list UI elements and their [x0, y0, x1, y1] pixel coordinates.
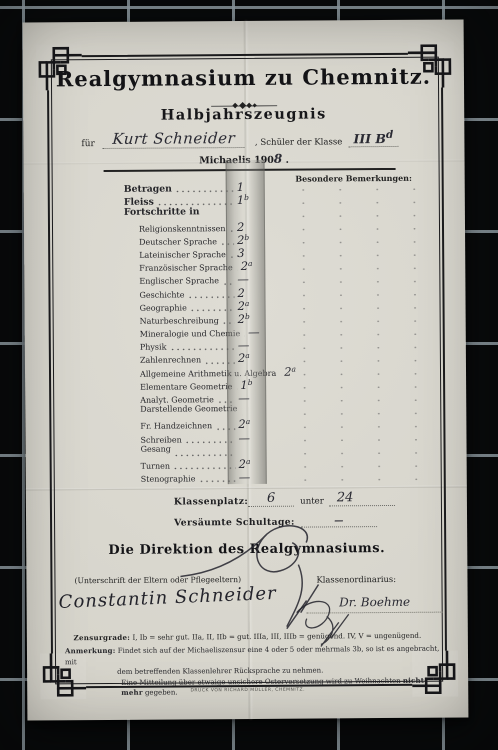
- fuer-label: für: [81, 139, 95, 149]
- subject-label: Darstellende Geometrie: [125, 404, 237, 414]
- school-title: Realgymnasium zu Chemnitz.: [23, 63, 464, 91]
- remarks-dot-grid: [279, 187, 433, 482]
- class-sup: d: [386, 129, 393, 141]
- grade-row: Betragen1: [124, 180, 267, 194]
- subject-label: Elementare Geometrie: [125, 382, 232, 392]
- grade-value: —: [237, 272, 267, 286]
- subject-label: Turnen: [126, 461, 170, 470]
- grade-value: 1: [237, 180, 267, 194]
- grade-value: 3: [237, 246, 267, 260]
- grade-row: Physik—: [125, 338, 268, 352]
- dot-leader: [174, 449, 236, 456]
- grade-value: —: [248, 325, 278, 339]
- subject-label: Gesang: [126, 444, 171, 453]
- grade-row: Religionskenntnissen2: [124, 219, 267, 233]
- grade-value: 2a: [238, 351, 268, 365]
- grade-value: —: [238, 430, 268, 444]
- subject-label: Zahlenrechnen: [125, 356, 201, 366]
- subject-label: Analyt. Geometrie: [125, 395, 214, 405]
- grade-row: Schreiben—: [125, 430, 268, 444]
- grade-value: 2b: [238, 312, 268, 326]
- klassenplatz-total-field: 24: [329, 490, 395, 506]
- grade-value: 2: [237, 219, 267, 233]
- term-suffix: .: [282, 155, 289, 166]
- grade-row: Stenographie—: [126, 470, 269, 484]
- subject-label: Betragen: [124, 184, 172, 195]
- subject-label: Fortschritte in: [124, 207, 200, 219]
- student-name: Kurt Schneider: [112, 129, 236, 148]
- grade-row: Fr. Handzeichnen2a: [125, 417, 268, 431]
- student-name-field: Kurt Schneider: [103, 129, 245, 149]
- subject-label: Schreiben: [125, 435, 181, 444]
- subject-label: Religionskenntnissen: [124, 224, 226, 234]
- grade-row: Naturbeschreibung2b: [125, 312, 268, 326]
- grade-row: Zahlenrechnen2a: [125, 351, 268, 365]
- grade-value: 1b: [237, 193, 267, 207]
- klassenplatz-line: Klassenplatz: 6 unter 24: [174, 490, 395, 508]
- grade-value: 2a: [238, 299, 268, 313]
- grade-value: 2a: [284, 364, 314, 378]
- dot-leader: [169, 344, 234, 351]
- subject-label: Naturbeschreibung: [125, 316, 219, 326]
- student-line: für Kurt Schneider , Schüler der Klasse …: [81, 128, 428, 149]
- subject-label: Geschichte: [124, 290, 184, 299]
- grade-value: 1b: [240, 378, 270, 392]
- grade-value: 2b: [237, 233, 267, 247]
- grade-value: —: [238, 391, 268, 405]
- grade-row: Turnen2a: [126, 457, 269, 471]
- grade-row: Geographie2a: [125, 299, 268, 313]
- report-card: Realgymnasium zu Chemnitz. Halbjahrszeug…: [23, 19, 469, 720]
- klassenplatz-value: 6: [267, 491, 275, 506]
- class-value: III B: [353, 131, 386, 146]
- grade-row: Elementare Geometrie1b: [125, 378, 268, 392]
- term-year-digit: 8: [274, 152, 282, 166]
- anmerkung-label: Anmerkung:: [65, 646, 116, 655]
- photo-background: Realgymnasium zu Chemnitz. Halbjahrszeug…: [0, 0, 498, 750]
- ordinarius-label: Klassenordinarius:: [316, 574, 396, 585]
- subject-label: Französischer Sprache: [124, 263, 232, 273]
- grade-value: 2a: [239, 457, 269, 471]
- subject-label: Englischer Sprache: [124, 276, 219, 286]
- klassenplatz-label: Klassenplatz:: [174, 496, 248, 508]
- subject-label: Lateinischer Sprache: [124, 250, 226, 260]
- class-field: III Bd: [348, 129, 398, 148]
- klassenplatz-total: 24: [337, 490, 354, 505]
- grade-row: Englischer Sprache—: [124, 272, 267, 286]
- grade-row: Französischer Sprache2a: [124, 259, 267, 273]
- anmerkung-line3-pre: Eine Mitteilung über etwaige unsichere O…: [121, 676, 403, 686]
- parent-signature-label: (Unterschrift der Eltern oder Pflegeelte…: [74, 575, 241, 585]
- dot-leader: [173, 462, 236, 469]
- grade-row: Geschichte2: [124, 285, 267, 299]
- dot-leader: [157, 198, 234, 206]
- subject-label: Mineralogie und Chemie: [125, 329, 240, 339]
- grade-value: —: [238, 338, 268, 352]
- ordinarius-signature: Dr. Boehme: [307, 595, 443, 614]
- subject-label: Physik: [125, 343, 167, 352]
- remarks-header: Besondere Bemerkungen:: [272, 173, 436, 184]
- doc-type-title: Halbjahrszeugnis: [23, 104, 464, 124]
- grade-row: Analyt. Geometrie—: [125, 391, 268, 405]
- grade-row: Fleiss1b: [124, 193, 267, 207]
- grade-row: Deutscher Sprache2b: [124, 233, 267, 247]
- schueler-label: , Schüler der Klasse: [255, 137, 343, 148]
- grade-value: 2a: [241, 259, 271, 273]
- grade-value: 2: [237, 285, 267, 299]
- grade-row: Lateinischer Sprache3: [124, 246, 267, 260]
- subject-label: Stenographie: [126, 474, 196, 483]
- grade-value: 2a: [238, 417, 268, 431]
- subject-label: Fr. Handzeichnen: [125, 422, 212, 432]
- unter-label: unter: [300, 496, 324, 506]
- anmerkung-line1: Findet sich auf der Michaeliszensur eine…: [65, 645, 439, 666]
- subject-label: Geographie: [125, 303, 187, 312]
- subject-label: Deutscher Sprache: [124, 237, 217, 247]
- zensur-label: Zensurgrade:: [73, 633, 130, 642]
- grade-value: —: [239, 470, 269, 484]
- klassenplatz-value-field: 6: [248, 491, 294, 507]
